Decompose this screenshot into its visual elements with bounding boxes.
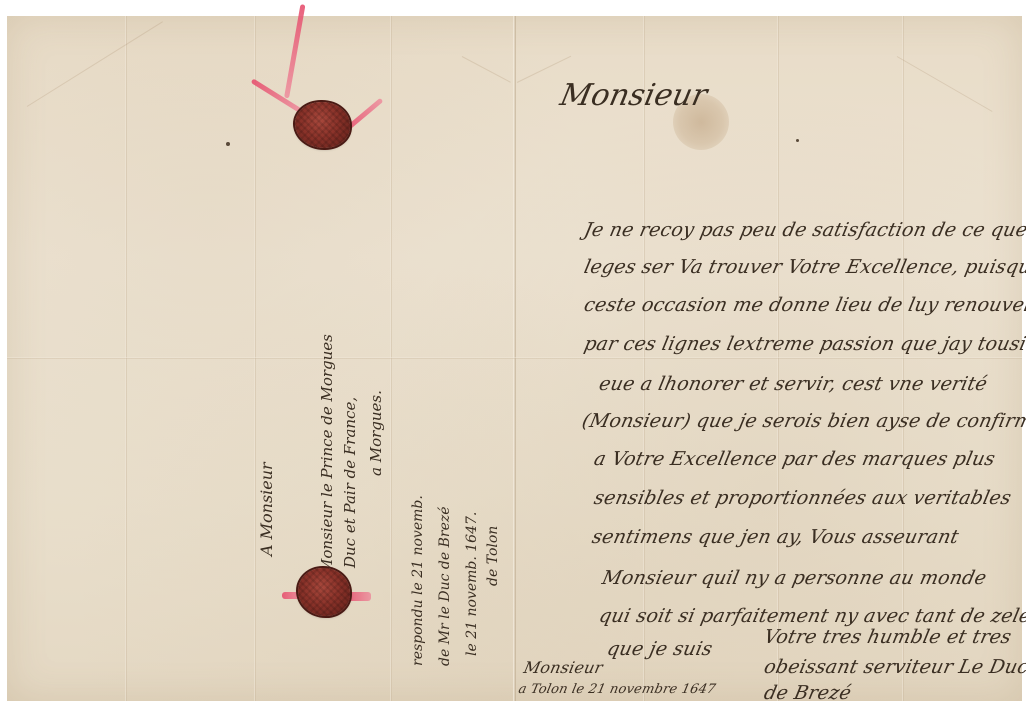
body-line: a Votre Excellence par des marques plus — [592, 448, 997, 470]
body-line: leges ser Va trouver Votre Excellence, p… — [582, 256, 1026, 278]
body-line: sensibles et proportionnées aux veritabl… — [592, 487, 1013, 509]
signature: de Brezé — [762, 682, 853, 704]
body-line: Je ne recoy pas peu de satisfaction de c… — [582, 219, 1026, 241]
ink-speck — [226, 142, 230, 146]
closing-right-line: Votre tres humble et tres — [762, 626, 1014, 648]
docket-line: respondu le 21 novemb. — [410, 495, 426, 666]
body-line: (Monsieur) que je serois bien ayse de co… — [580, 410, 1026, 432]
fold-line — [7, 357, 1022, 359]
footer-line: a Tolon le 21 novembre 1647 — [517, 682, 717, 697]
crease — [897, 56, 993, 112]
salutation: Monsieur — [557, 78, 711, 113]
crease — [27, 21, 163, 107]
docket-line: de Mr le Duc de Brezé — [437, 506, 453, 666]
recipient-line: a Morgues. — [367, 390, 385, 476]
recipient-line: Duc et Pair de France, — [341, 397, 359, 568]
ink-speck — [796, 139, 799, 142]
upper-wax-seal — [295, 102, 350, 148]
closing-left: que je suis — [605, 638, 715, 660]
crease — [462, 56, 511, 83]
body-line: par ces lignes lextreme passion que jay … — [582, 333, 1026, 355]
body-line: Monsieur quil ny a personne au monde — [600, 567, 989, 589]
crease — [517, 56, 571, 83]
footer-line: Monsieur — [522, 658, 605, 677]
silk-ribbon — [284, 4, 305, 98]
recipient-heading: A Monsieur — [257, 462, 276, 556]
letter-sheet: Monsieur Je ne recoy pas peu de satisfac… — [7, 16, 1022, 701]
lower-wax-seal — [298, 568, 350, 616]
body-line: qui soit si parfaitement ny avec tant de… — [597, 605, 1026, 627]
recipient-line: Monsieur le Prince de Morgues — [318, 334, 336, 574]
body-line: ceste occasion me donne lieu de luy reno… — [582, 294, 1026, 316]
silk-ribbon — [251, 78, 305, 114]
docket-line: le 21 novemb. 1647. — [464, 512, 480, 656]
body-line: sentimens que jen ay, Vous asseurant — [590, 526, 961, 548]
body-line: eue a lhonorer et servir, cest vne verit… — [597, 373, 989, 395]
closing-right-line: obeissant serviteur Le Duc — [762, 656, 1026, 678]
docket-line: de Tolon — [485, 526, 501, 586]
